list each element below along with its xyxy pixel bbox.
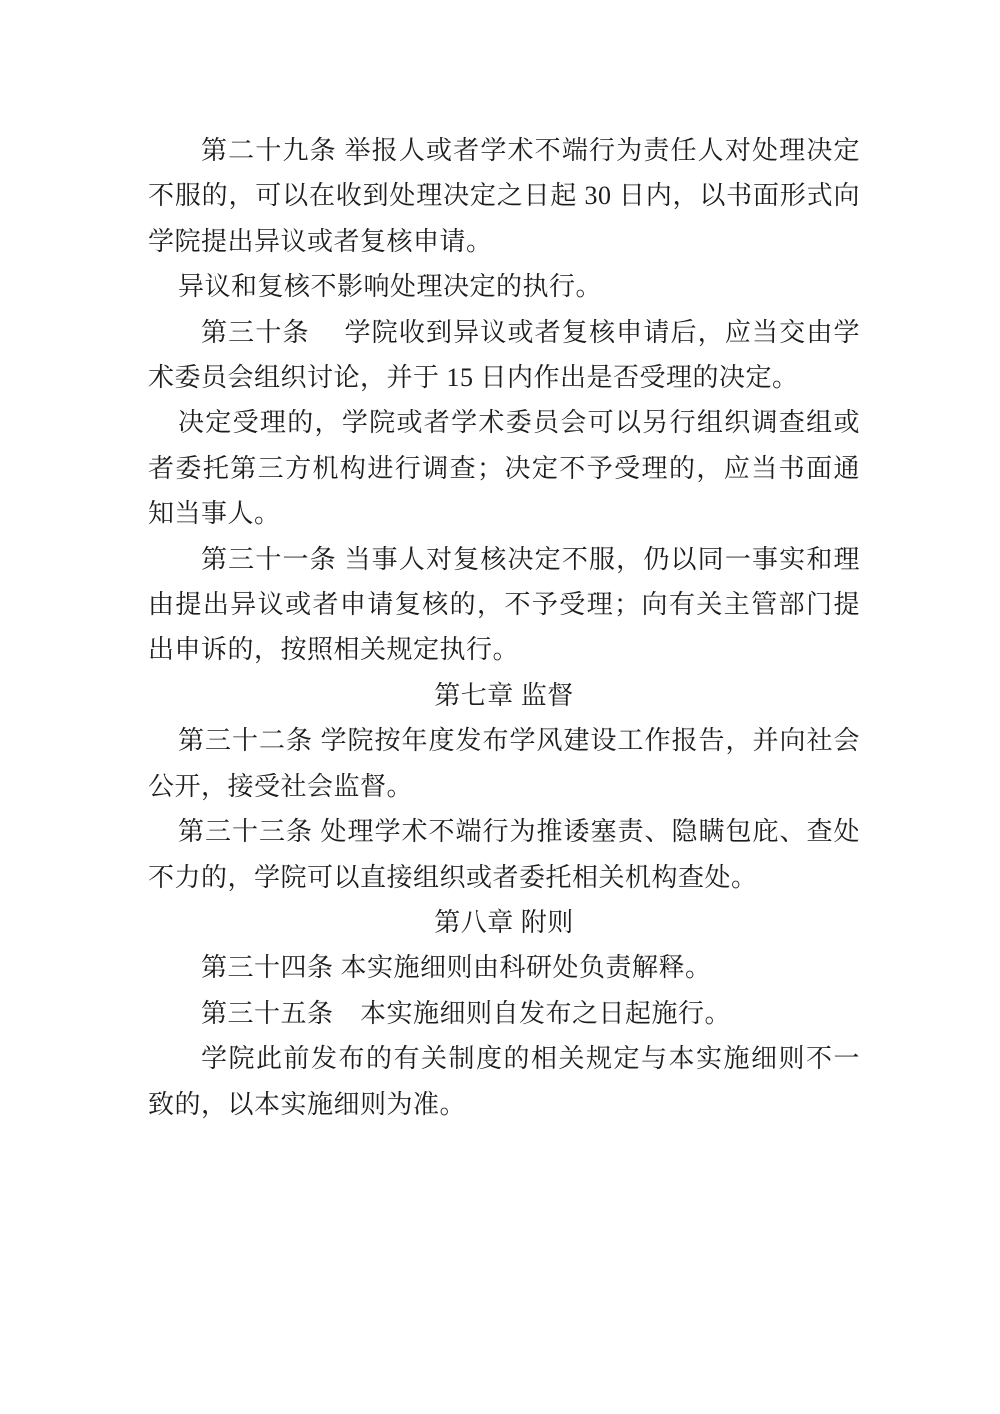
- para-objection-effect: 异议和复核不影响处理决定的执行。: [148, 264, 860, 309]
- para-article-31: 第三十一条 当事人对复核决定不服，仍以同一事实和理由提出异议或者申请复核的，不予…: [148, 537, 860, 673]
- heading-chapter-8-supplementary: 第八章 附则: [148, 900, 860, 945]
- para-article-35: 第三十五条 本实施细则自发布之日起施行。: [148, 991, 860, 1036]
- heading-chapter-7-supervision: 第七章 监督: [148, 673, 860, 718]
- para-article-30: 第三十条 学院收到异议或者复核申请后，应当交由学术委员会组织讨论，并于 15 日…: [148, 310, 860, 401]
- para-article-34: 第三十四条 本实施细则由科研处负责解释。: [148, 945, 860, 990]
- para-precedence-clause: 学院此前发布的有关制度的相关规定与本实施细则不一致的，以本实施细则为准。: [148, 1036, 860, 1127]
- para-article-33: 第三十三条 处理学术不端行为推诿塞责、隐瞒包庇、查处不力的，学院可以直接组织或者…: [148, 809, 860, 900]
- document-page: 第二十九条 举报人或者学术不端行为责任人对处理决定不服的，可以在收到处理决定之日…: [0, 0, 1000, 1414]
- para-article-29: 第二十九条 举报人或者学术不端行为责任人对处理决定不服的，可以在收到处理决定之日…: [148, 128, 860, 264]
- para-article-32: 第三十二条 学院按年度发布学风建设工作报告，并向社会公开，接受社会监督。: [148, 718, 860, 809]
- document-content: 第二十九条 举报人或者学术不端行为责任人对处理决定不服的，可以在收到处理决定之日…: [148, 128, 860, 1127]
- para-acceptance-decision: 决定受理的，学院或者学术委员会可以另行组织调查组或者委托第三方机构进行调查；决定…: [148, 400, 860, 536]
